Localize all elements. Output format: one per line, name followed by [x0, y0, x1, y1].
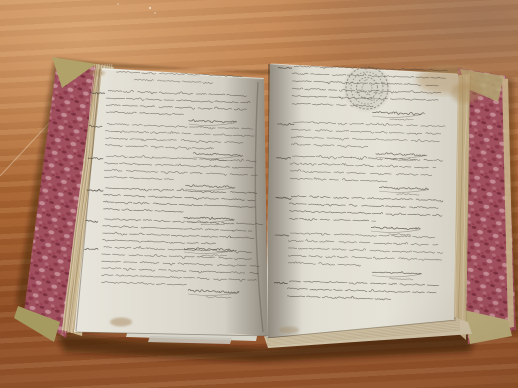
gutter-shadow-right: [268, 64, 302, 338]
photo-scene: Photograph of an open antique manuscript…: [0, 0, 518, 388]
stain-top-left-page: [89, 70, 105, 76]
book-photo: Photograph of an open antique manuscript…: [0, 0, 518, 388]
speck: [117, 3, 119, 5]
stain-top-right-2: [451, 83, 481, 103]
stain-bottom-left-page: [110, 318, 132, 327]
speck: [154, 12, 156, 14]
gutter-shadow-left: [224, 76, 268, 336]
speck: [149, 7, 151, 9]
stain-gutter-bottom: [279, 327, 299, 334]
